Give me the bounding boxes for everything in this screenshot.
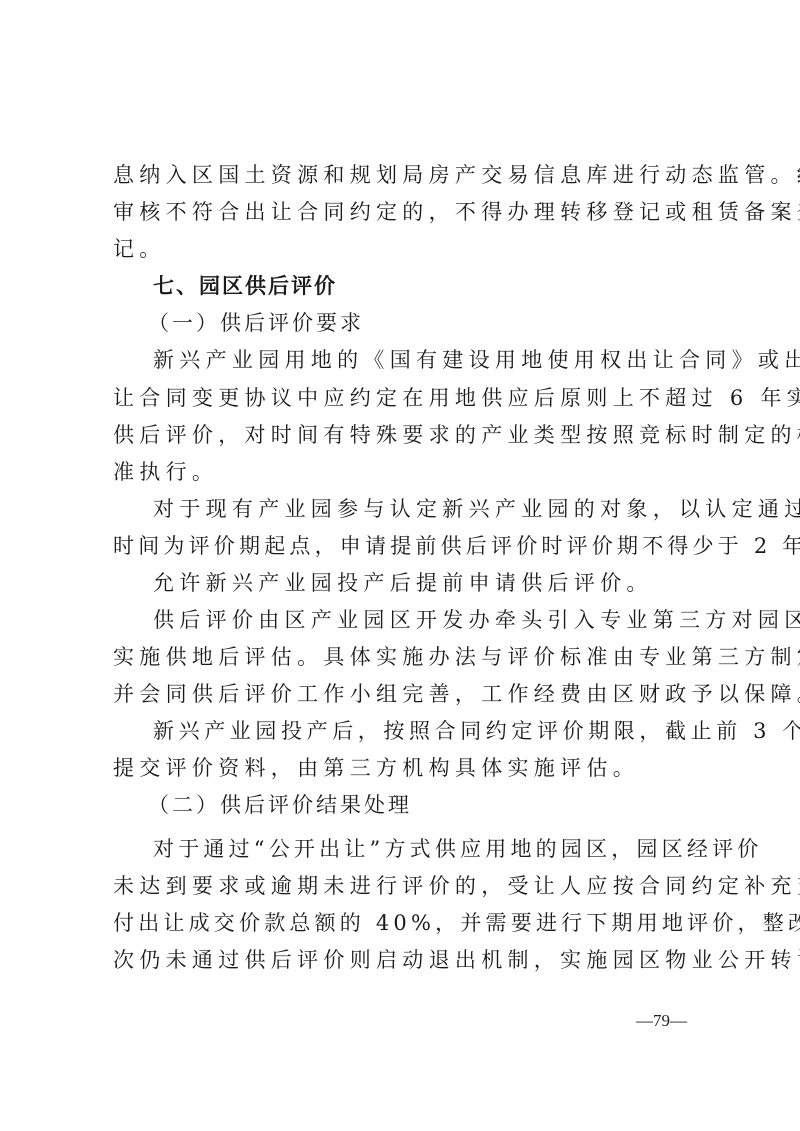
body-text-line: 准执行。: [113, 459, 703, 485]
subsection-heading: （二）供后评价结果处理: [148, 792, 698, 818]
body-text-line: 新兴产业园投产后，按照合同约定评价期限，截止前 3 个月: [153, 718, 703, 744]
body-text-line: 审核不符合出让合同约定的，不得办理转移登记或租赁备案登: [113, 199, 703, 225]
body-text-line: 实施供地后评估。具体实施办法与评价标准由专业第三方制定: [113, 644, 703, 670]
body-text-line: 让合同变更协议中应约定在用地供应后原则上不超过 6 年实施: [113, 385, 703, 411]
body-text-line: 记。: [113, 236, 703, 262]
body-text-line: 息纳入区国土资源和规划局房产交易信息库进行动态监管。经: [113, 162, 703, 188]
body-text-line: 提交评价资料，由第三方机构具体实施评估。: [113, 755, 703, 781]
page-number: —79—: [636, 1011, 687, 1031]
document-page: 息纳入区国土资源和规划局房产交易信息库进行动态监管。经 审核不符合出让合同约定的…: [0, 0, 800, 1131]
body-text-line: 供后评价由区产业园区开发办牵头引入专业第三方对园区: [153, 607, 703, 633]
body-text-line: 付出让成交价款总额的 40%，并需要进行下期用地评价，整改两: [113, 910, 703, 936]
section-heading: 七、园区供后评价: [153, 273, 703, 299]
body-text-line: 供后评价，对时间有特殊要求的产业类型按照竞标时制定的标: [113, 422, 703, 448]
body-text-line: 允许新兴产业园投产后提前申请供后评价。: [153, 570, 703, 596]
body-text-line: 并会同供后评价工作小组完善，工作经费由区财政予以保障。: [113, 681, 703, 707]
body-text-line: 新兴产业园用地的《国有建设用地使用权出让合同》或出: [153, 347, 703, 373]
subsection-heading: （一）供后评价要求: [148, 310, 698, 336]
body-text-line: 次仍未通过供后评价则启动退出机制，实施园区物业公开转让，: [113, 947, 703, 973]
body-text-line: 对于现有产业园参与认定新兴产业园的对象，以认定通过: [153, 496, 703, 522]
body-text-line: 未达到要求或逾期未进行评价的，受让人应按合同约定补充支: [113, 873, 703, 899]
body-text-line: 时间为评价期起点，申请提前供后评价时评价期不得少于 2 年。: [113, 533, 703, 559]
body-text-line: 对于通过“公开出让”方式供应用地的园区，园区经评价: [153, 836, 703, 862]
